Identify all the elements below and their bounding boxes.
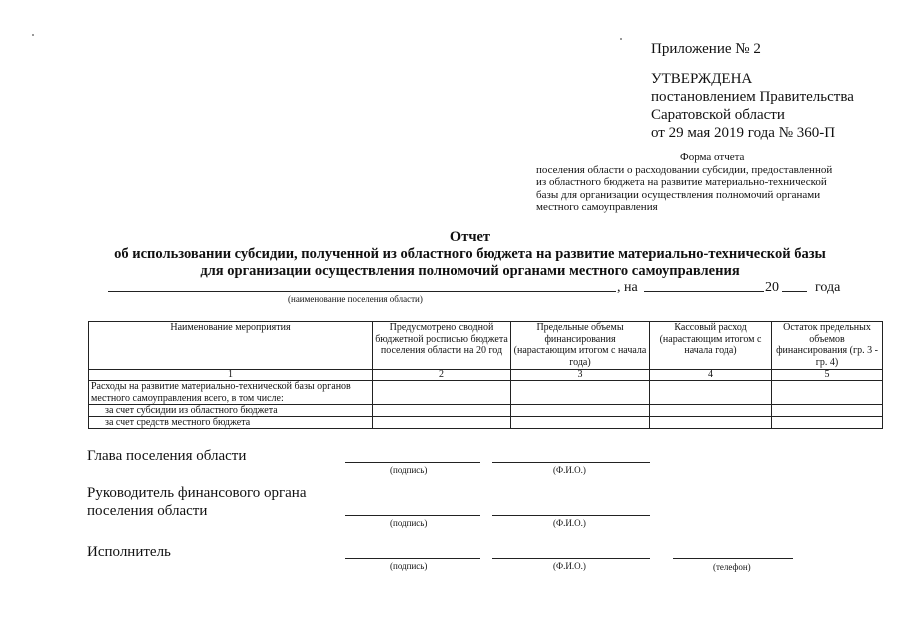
column-number: 5 bbox=[772, 370, 883, 381]
report-table: Наименование мероприятия Предусмотрено с… bbox=[88, 321, 883, 429]
form-note-line: поселения области о расходовании субсиди… bbox=[536, 164, 832, 177]
form-note-line: базы для организации осуществления полно… bbox=[536, 189, 832, 202]
report-title-line: для организации осуществления полномочий… bbox=[80, 263, 860, 280]
head-name-field[interactable] bbox=[492, 462, 650, 463]
value-cell[interactable] bbox=[511, 405, 650, 417]
name-caption: (Ф.И.О.) bbox=[553, 518, 586, 528]
approval-line: Саратовской области bbox=[651, 106, 854, 124]
row-name: Расходы на развитие материально-техничес… bbox=[89, 381, 373, 405]
row-name: за счет средств местного бюджета bbox=[89, 417, 373, 429]
approval-block: Приложение № 2 УТВЕРЖДЕНА постановлением… bbox=[651, 40, 854, 142]
form-note-title: Форма отчета bbox=[536, 151, 832, 164]
executor-phone-field[interactable] bbox=[673, 558, 793, 559]
row-name: за счет субсидии из областного бюджета bbox=[89, 405, 373, 417]
table-row: Расходы на развитие материально-техничес… bbox=[89, 381, 883, 405]
annex-number: Приложение № 2 bbox=[651, 40, 854, 58]
approval-line: постановлением Правительства bbox=[651, 88, 854, 106]
executor-signature-field[interactable] bbox=[345, 558, 480, 559]
settlement-caption: (наименование поселения области) bbox=[288, 294, 423, 304]
value-cell[interactable] bbox=[650, 417, 772, 429]
value-cell[interactable] bbox=[373, 405, 511, 417]
year-suffix: года bbox=[815, 280, 840, 296]
finance-head-label-line: поселения области bbox=[87, 502, 307, 520]
value-cell[interactable] bbox=[511, 381, 650, 405]
form-note-line: из областного бюджета на развитие матери… bbox=[536, 176, 832, 189]
header-cell: Предусмотрено сводной бюджетной росписью… bbox=[373, 322, 511, 370]
header-cell: Предельные объемы финансирования (нараст… bbox=[511, 322, 650, 370]
table-row: за счет субсидии из областного бюджета bbox=[89, 405, 883, 417]
value-cell[interactable] bbox=[373, 381, 511, 405]
signature-caption: (подпись) bbox=[390, 518, 427, 528]
signature-caption: (подпись) bbox=[390, 465, 427, 475]
scan-speck bbox=[620, 38, 622, 40]
finance-head-label-line: Руководитель финансового органа bbox=[87, 484, 307, 502]
year-field[interactable] bbox=[782, 291, 807, 292]
column-number: 3 bbox=[511, 370, 650, 381]
finance-name-field[interactable] bbox=[492, 515, 650, 516]
column-number: 2 bbox=[373, 370, 511, 381]
phone-caption: (телефон) bbox=[713, 562, 751, 572]
header-cell: Наименование мероприятия bbox=[89, 322, 373, 370]
date-field[interactable] bbox=[644, 291, 764, 292]
report-title-line: Отчет bbox=[80, 229, 860, 246]
value-cell[interactable] bbox=[650, 405, 772, 417]
settlement-name-field[interactable] bbox=[108, 291, 616, 292]
report-title-line: об использовании субсидии, полученной из… bbox=[80, 246, 860, 263]
value-cell[interactable] bbox=[511, 417, 650, 429]
scan-speck bbox=[32, 34, 34, 36]
form-note: Форма отчета поселения области о расходо… bbox=[536, 151, 832, 214]
executor-name-field[interactable] bbox=[492, 558, 650, 559]
name-caption: (Ф.И.О.) bbox=[553, 561, 586, 571]
year-prefix: 20 bbox=[765, 280, 779, 296]
value-cell[interactable] bbox=[772, 381, 883, 405]
head-signature-field[interactable] bbox=[345, 462, 480, 463]
value-cell[interactable] bbox=[650, 381, 772, 405]
finance-signature-field[interactable] bbox=[345, 515, 480, 516]
signature-caption: (подпись) bbox=[390, 561, 427, 571]
approval-line: от 29 мая 2019 года № 360-П bbox=[651, 124, 854, 142]
name-caption: (Ф.И.О.) bbox=[553, 465, 586, 475]
on-label: , на bbox=[617, 280, 638, 296]
report-title: Отчет об использовании субсидии, получен… bbox=[80, 229, 860, 280]
column-number: 1 bbox=[89, 370, 373, 381]
value-cell[interactable] bbox=[373, 417, 511, 429]
header-cell: Остаток предельных объемов финансировани… bbox=[772, 322, 883, 370]
head-of-settlement-label: Глава поселения области bbox=[87, 447, 246, 465]
form-note-line: местного самоуправления bbox=[536, 201, 832, 214]
header-cell: Кассовый расход (нарастающим итогом с на… bbox=[650, 322, 772, 370]
approved-label: УТВЕРЖДЕНА bbox=[651, 70, 854, 88]
value-cell[interactable] bbox=[772, 417, 883, 429]
column-number-row: 1 2 3 4 5 bbox=[89, 370, 883, 381]
column-number: 4 bbox=[650, 370, 772, 381]
value-cell[interactable] bbox=[772, 405, 883, 417]
table-header-row: Наименование мероприятия Предусмотрено с… bbox=[89, 322, 883, 370]
finance-head-label: Руководитель финансового органа поселени… bbox=[87, 484, 307, 520]
table-row: за счет средств местного бюджета bbox=[89, 417, 883, 429]
executor-label: Исполнитель bbox=[87, 543, 171, 561]
